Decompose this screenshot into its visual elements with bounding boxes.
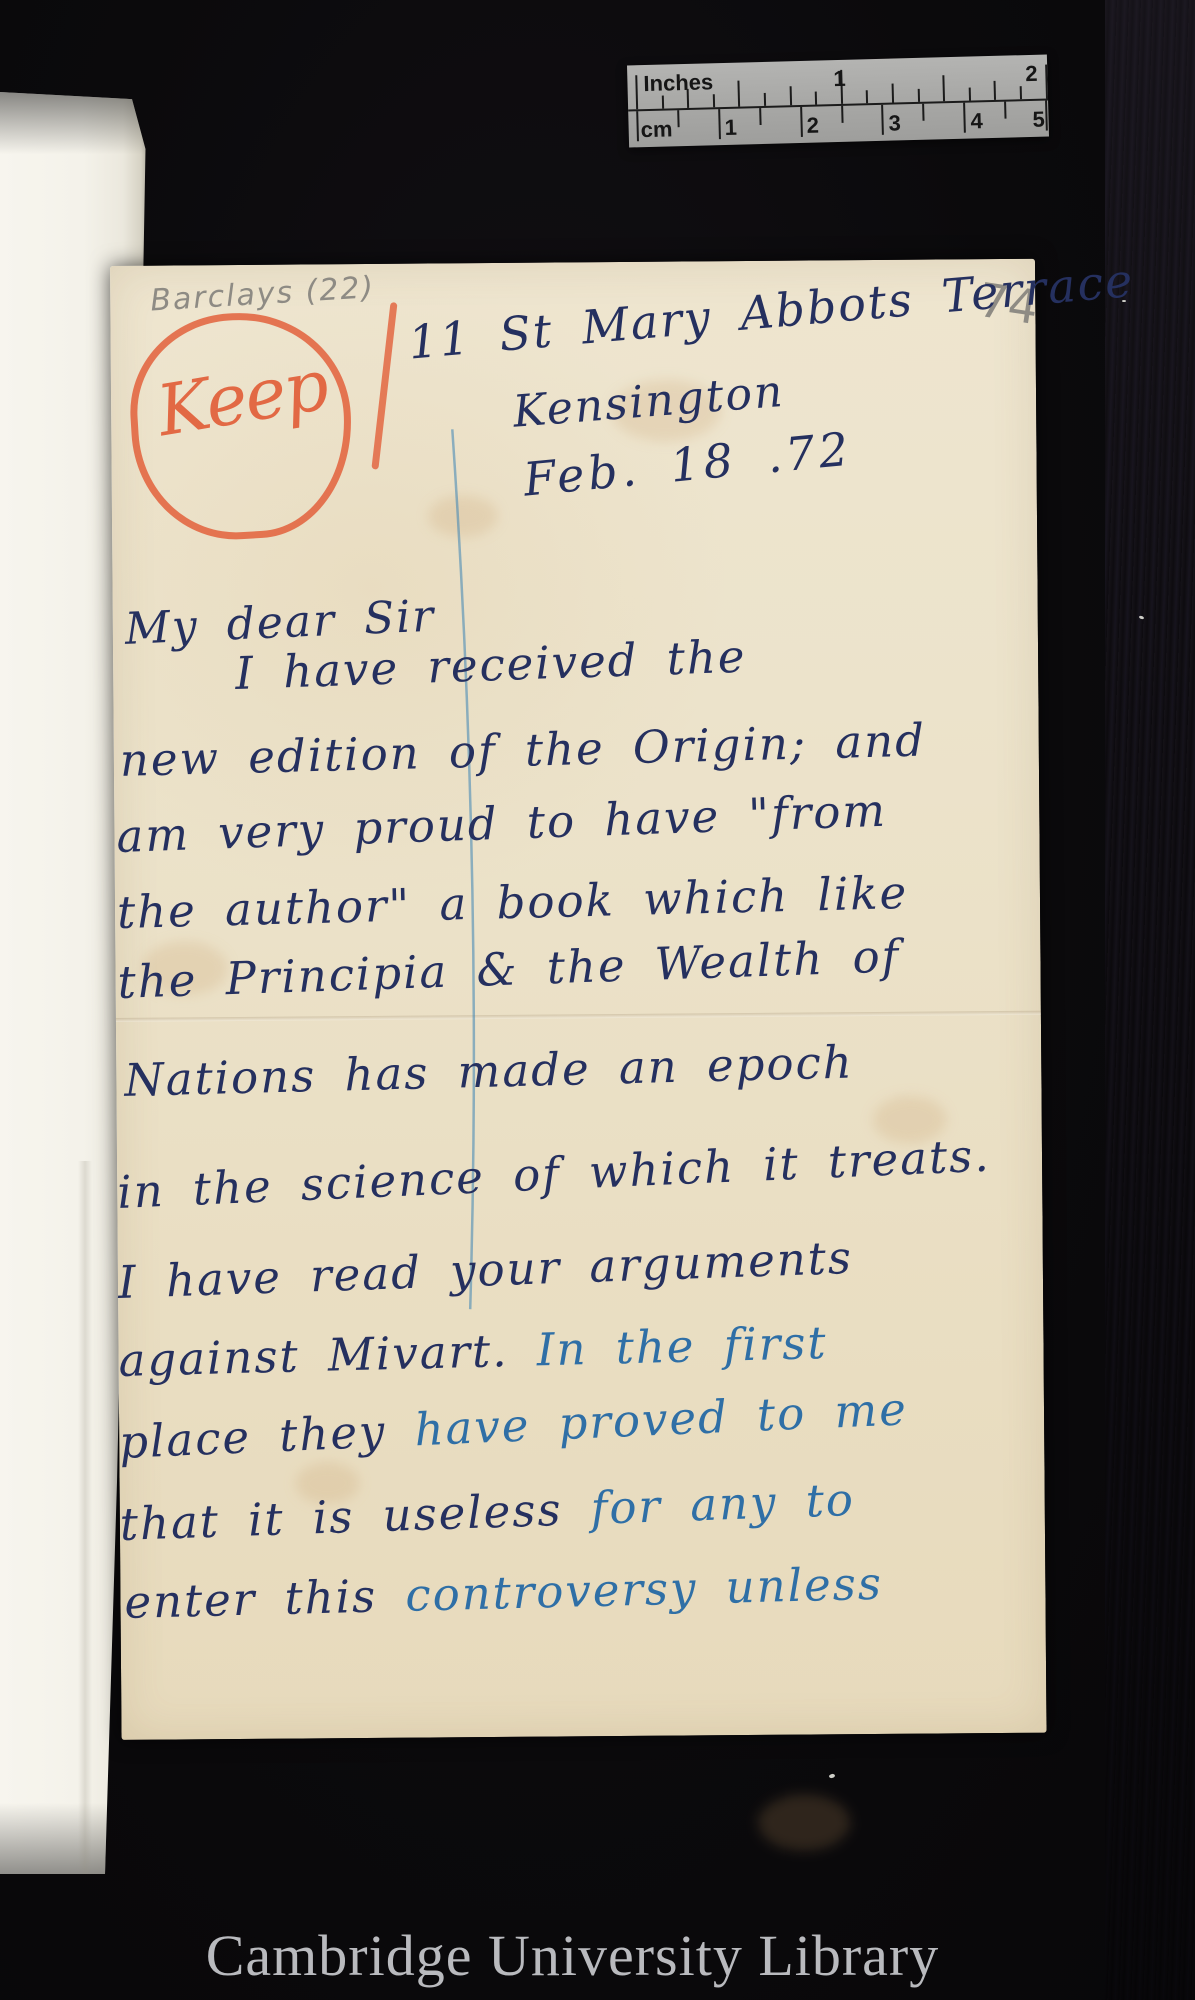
fold-crease-horizontal (116, 1011, 1041, 1022)
ruler-cm-number: 4 (970, 108, 983, 134)
letter-paper: Barclays (22) 74 Keep 11 St Mary Abbots … (110, 259, 1047, 1740)
body-text: I have read your arguments (117, 1231, 854, 1309)
body-line: place they have proved to me (118, 1382, 909, 1469)
body-text: am very proud to have "from (116, 784, 888, 863)
body-text: the Principia & the Wealth of (117, 929, 901, 1009)
ruler-inch-number: 1 (833, 66, 846, 92)
body-line: the author" a book which like (116, 866, 908, 939)
body-text-light: controversy unless (405, 1557, 884, 1622)
body-text: place they (118, 1403, 416, 1469)
body-text: new edition of the Origin; and (119, 714, 926, 787)
pencil-reference: Barclays (22) (149, 270, 376, 318)
ruler-cm-ticks (627, 55, 1047, 66)
body-text: that it is useless (119, 1482, 592, 1551)
scale-ruler: Inches 1 2 cm 1 2 3 4 5 (627, 55, 1049, 148)
ruler-cm-label: cm (640, 116, 672, 143)
body-line: new edition of the Origin; and (119, 714, 926, 787)
ruler-inch-ticks (627, 55, 1047, 66)
ruler-cm-number: 3 (888, 110, 901, 136)
body-text: in the science of which it treats. (116, 1129, 991, 1219)
body-text: the author" a book which like (116, 866, 908, 939)
ruler-cm-number: 5 (1032, 107, 1045, 133)
foxing-spot (758, 1794, 850, 1851)
body-line: I have read your arguments (117, 1231, 854, 1309)
body-line: enter this controversy unless (124, 1557, 884, 1629)
address-line-2: Kensington (511, 366, 786, 438)
body-line: am very proud to have "from (116, 784, 888, 863)
lint-speck (1122, 300, 1126, 302)
ruler-inches-label: Inches (643, 69, 713, 97)
lint-speck (829, 1773, 836, 1778)
body-text: against Mivart. (118, 1324, 509, 1387)
ruler-cm-number: 1 (724, 115, 737, 141)
keep-pen-stroke (371, 302, 397, 470)
address-line-1: 11 St Mary Abbots Terrace (406, 253, 1136, 370)
body-line: that it is useless for any to (119, 1473, 856, 1551)
ruler-midline (628, 99, 1048, 112)
body-text-light: have proved to me (413, 1382, 908, 1456)
body-line: in the science of which it treats. (116, 1129, 991, 1219)
photo-background: Inches 1 2 cm 1 2 3 4 5 Barclays (22) 74… (0, 0, 1195, 2000)
body-text: enter this (124, 1569, 406, 1629)
body-line: against Mivart. In the first (118, 1316, 828, 1387)
ruler-cm-number: 2 (806, 113, 819, 139)
body-line: the Principia & the Wealth of (117, 929, 901, 1009)
foxing-spot (428, 495, 498, 538)
ruler-inch-number: 2 (1025, 61, 1038, 87)
body-text-light: for any to (590, 1473, 856, 1535)
body-text: Nations has made an epoch (124, 1035, 855, 1106)
body-line: Nations has made an epoch (124, 1035, 855, 1106)
watermark-text: Cambridge University Library (0, 1922, 1170, 1989)
body-text-light: In the first (508, 1316, 828, 1377)
